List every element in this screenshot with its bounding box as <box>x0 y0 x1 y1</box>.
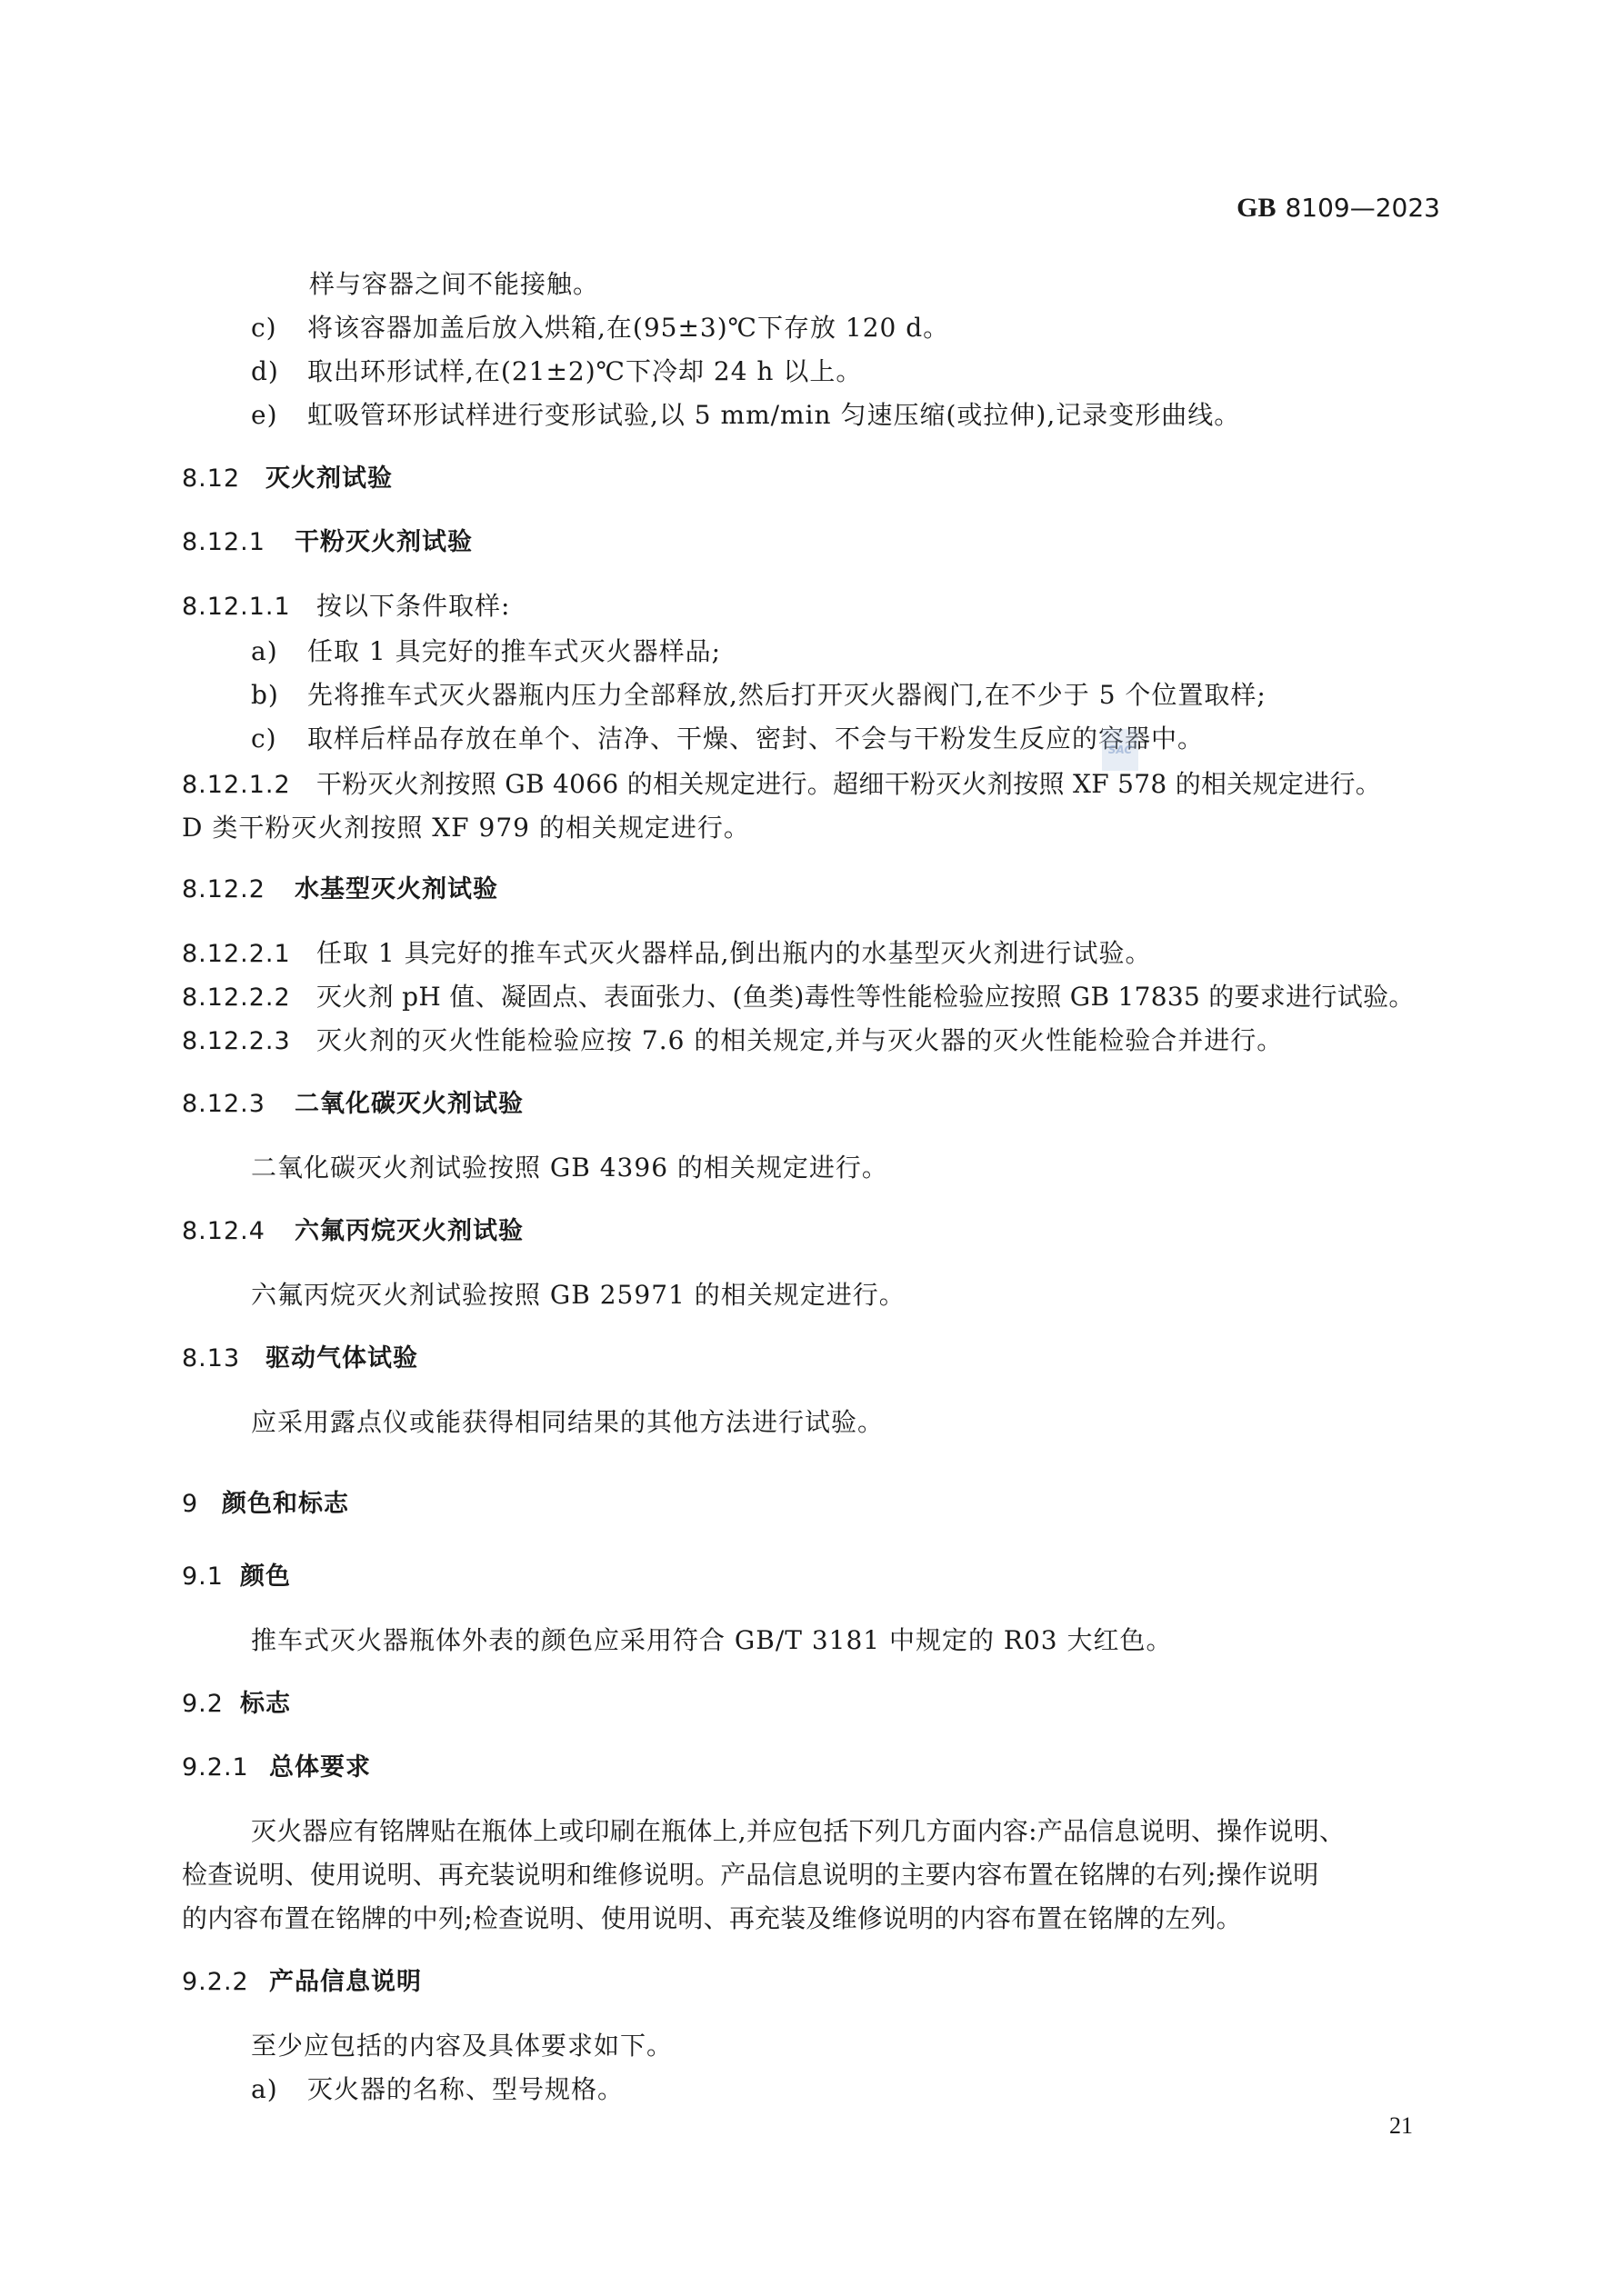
clause-text: 干粉灭火剂按照 GB 4066 的相关规定进行。超细干粉灭火剂按照 XF 578… <box>316 769 1381 799</box>
list-text: 灭火器的名称、型号规格。 <box>307 2074 624 2104</box>
section-title: 驱动气体试验 <box>265 1344 418 1373</box>
section-heading-9-2: 9.2标志 <box>182 1689 291 1720</box>
list-text: 虹吸管环形试样进行变形试验,以 5 mm/min 匀速压缩(或拉伸),记录变形曲… <box>307 400 1240 430</box>
continuation-line: 样与容器之间不能接触。 <box>309 269 599 300</box>
list-label: a) <box>251 636 307 667</box>
section-number: 8.12 <box>182 464 265 494</box>
list-item: a)任取 1 具完好的推车式灭火器样品; <box>251 636 721 667</box>
list-label: d) <box>251 356 307 387</box>
document-page: GB8109—2023 样与容器之间不能接触。 c)将该容器加盖后放入烘箱,在(… <box>0 0 1622 2296</box>
clause-number: 8.12.2.1 <box>182 939 316 970</box>
section-body: 六氟丙烷灭火剂试验按照 GB 25971 的相关规定进行。 <box>251 1280 906 1311</box>
clause-number: 8.12.1.1 <box>182 592 316 623</box>
section-number: 9.2.1 <box>182 1752 269 1783</box>
section-number: 9.2 <box>182 1689 240 1720</box>
list-label: c) <box>251 313 307 344</box>
list-text: 取样后样品存放在单个、洁净、干燥、密封、不会与干粉发生反应的容器中。 <box>307 724 1204 754</box>
clause-8-12-2-2: 8.12.2.2灭火剂 pH 值、凝固点、表面张力、(鱼类)毒性等性能检验应按照… <box>182 982 1415 1013</box>
list-item: e)虹吸管环形试样进行变形试验,以 5 mm/min 匀速压缩(或拉伸),记录变… <box>251 400 1240 431</box>
clause-8-12-2-1: 8.12.2.1任取 1 具完好的推车式灭火器样品,倒出瓶内的水基型灭火剂进行试… <box>182 938 1152 970</box>
list-label: a) <box>251 2074 307 2105</box>
clause-continuation: D 类干粉灭火剂按照 XF 979 的相关规定进行。 <box>182 813 750 844</box>
list-label: b) <box>251 680 307 711</box>
section-heading-9-1: 9.1颜色 <box>182 1562 291 1592</box>
clause-number: 8.12.2.3 <box>182 1026 316 1057</box>
section-heading-9-2-1: 9.2.1总体要求 <box>182 1752 371 1783</box>
clause-text: 任取 1 具完好的推车式灭火器样品,倒出瓶内的水基型灭火剂进行试验。 <box>316 938 1152 968</box>
list-item: c)取样后样品存放在单个、洁净、干燥、密封、不会与干粉发生反应的容器中。 <box>251 724 1204 754</box>
section-body: 至少应包括的内容及具体要求如下。 <box>251 2031 673 2061</box>
section-heading-9-2-2: 9.2.2产品信息说明 <box>182 1967 422 1998</box>
section-title: 干粉灭火剂试验 <box>295 528 473 556</box>
list-text: 先将推车式灭火器瓶内压力全部释放,然后打开灭火器阀门,在不少于 5 个位置取样; <box>307 680 1267 710</box>
section-number: 8.12.4 <box>182 1216 295 1247</box>
chapter-heading-9: 9颜色和标志 <box>182 1489 349 1520</box>
section-number: 8.13 <box>182 1343 265 1374</box>
clause-number: 8.12.1.2 <box>182 770 316 801</box>
section-title: 产品信息说明 <box>269 1968 422 1996</box>
section-title: 总体要求 <box>269 1753 371 1782</box>
section-heading-8-12-2: 8.12.2水基型灭火剂试验 <box>182 874 498 905</box>
paragraph-line: 的内容布置在铭牌的中列;检查说明、使用说明、再充装及维修说明的内容布置在铭牌的左… <box>182 1903 1242 1934</box>
section-heading-8-12-1: 8.12.1干粉灭火剂试验 <box>182 527 473 558</box>
section-title: 六氟丙烷灭火剂试验 <box>295 1217 524 1245</box>
section-number: 9.1 <box>182 1562 240 1592</box>
standard-prefix: GB <box>1237 193 1276 223</box>
paragraph-line: 灭火器应有铭牌贴在瓶体上或印刷在瓶体上,并应包括下列几方面内容:产品信息说明、操… <box>251 1816 1345 1847</box>
standard-code-header: GB8109—2023 <box>1237 193 1440 224</box>
chapter-title: 颜色和标志 <box>222 1490 349 1518</box>
clause-text: 灭火剂 pH 值、凝固点、表面张力、(鱼类)毒性等性能检验应按照 GB 1783… <box>316 982 1415 1012</box>
sac-watermark: SAC <box>1102 729 1138 771</box>
section-heading-8-12-4: 8.12.4六氟丙烷灭火剂试验 <box>182 1216 524 1247</box>
list-label: e) <box>251 400 307 431</box>
section-heading-8-12-3: 8.12.3二氧化碳灭火剂试验 <box>182 1089 524 1120</box>
section-title: 标志 <box>240 1690 291 1718</box>
section-title: 灭火剂试验 <box>265 464 393 493</box>
chapter-number: 9 <box>182 1489 222 1520</box>
clause-text: 灭火剂的灭火性能检验应按 7.6 的相关规定,并与灭火器的灭火性能检验合并进行。 <box>316 1025 1283 1055</box>
section-title: 水基型灭火剂试验 <box>295 875 498 903</box>
section-body: 应采用露点仪或能获得相同结果的其他方法进行试验。 <box>251 1407 884 1438</box>
list-item: a)灭火器的名称、型号规格。 <box>251 2074 624 2105</box>
standard-number: 8109—2023 <box>1285 193 1440 223</box>
clause-8-12-1-2: 8.12.1.2干粉灭火剂按照 GB 4066 的相关规定进行。超细干粉灭火剂按… <box>182 769 1381 801</box>
list-label: c) <box>251 724 307 754</box>
list-text: 取出环形试样,在(21±2)℃下冷却 24 h 以上。 <box>307 356 862 386</box>
list-item: d)取出环形试样,在(21±2)℃下冷却 24 h 以上。 <box>251 356 862 387</box>
clause-number: 8.12.2.2 <box>182 983 316 1013</box>
section-number: 8.12.1 <box>182 527 295 558</box>
clause-8-12-1-1: 8.12.1.1按以下条件取样: <box>182 591 510 623</box>
clause-8-12-2-3: 8.12.2.3灭火剂的灭火性能检验应按 7.6 的相关规定,并与灭火器的灭火性… <box>182 1025 1283 1057</box>
section-heading-8-12: 8.12灭火剂试验 <box>182 464 393 494</box>
page-number: 21 <box>1389 2112 1413 2140</box>
section-title: 颜色 <box>240 1562 291 1591</box>
paragraph-line: 检查说明、使用说明、再充装说明和维修说明。产品信息说明的主要内容布置在铭牌的右列… <box>182 1860 1318 1891</box>
section-number: 8.12.3 <box>182 1089 295 1120</box>
clause-text: 按以下条件取样: <box>316 591 510 621</box>
section-body: 二氧化碳灭火剂试验按照 GB 4396 的相关规定进行。 <box>251 1153 888 1183</box>
section-heading-8-13: 8.13驱动气体试验 <box>182 1343 418 1374</box>
section-title: 二氧化碳灭火剂试验 <box>295 1090 524 1118</box>
list-item: b)先将推车式灭火器瓶内压力全部释放,然后打开灭火器阀门,在不少于 5 个位置取… <box>251 680 1267 711</box>
section-number: 9.2.2 <box>182 1967 269 1998</box>
section-number: 8.12.2 <box>182 874 295 905</box>
section-body: 推车式灭火器瓶体外表的颜色应采用符合 GB/T 3181 中规定的 R03 大红… <box>251 1625 1173 1656</box>
list-text: 任取 1 具完好的推车式灭火器样品; <box>307 636 721 666</box>
list-text: 将该容器加盖后放入烘箱,在(95±3)℃下存放 120 d。 <box>307 313 949 343</box>
list-item: c)将该容器加盖后放入烘箱,在(95±3)℃下存放 120 d。 <box>251 313 949 344</box>
